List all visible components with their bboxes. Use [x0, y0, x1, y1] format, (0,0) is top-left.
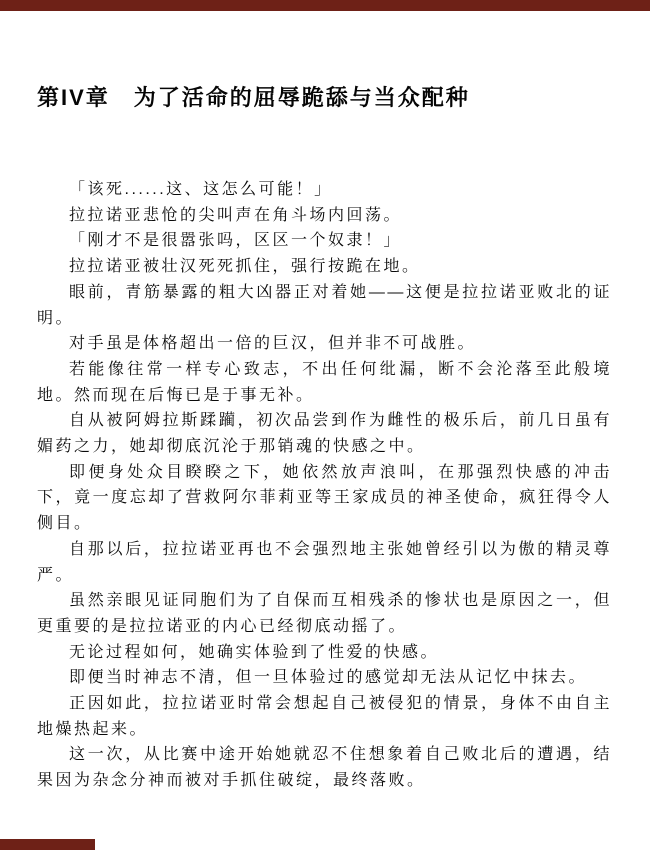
- reader-page: 第IV章 为了活命的屈辱跪舔与当众配种 「该死......这、这怎么可能！」拉拉…: [0, 0, 650, 850]
- paragraph: 对手虽是体格超出一倍的巨汉，但并非不可战胜。: [37, 331, 612, 357]
- paragraph: 「刚才不是很嚣张吗，区区一个奴隶！」: [37, 228, 612, 254]
- paragraph: 自从被阿姆拉斯蹂躏，初次品尝到作为雌性的极乐后，前几日虽有媚药之力，她却彻底沉沦…: [37, 408, 612, 459]
- paragraph: 眼前，青筋暴露的粗大凶器正对着她——这便是拉拉诺亚败北的证明。: [37, 280, 612, 331]
- paragraph: 拉拉诺亚悲怆的尖叫声在角斗场内回荡。: [37, 203, 612, 229]
- paragraph: 「该死......这、这怎么可能！」: [37, 177, 612, 203]
- paragraph: 即便当时神志不清，但一旦体验过的感觉却无法从记忆中抹去。: [37, 665, 612, 691]
- paragraph: 这一次，从比赛中途开始她就忍不住想象着自己败北后的遭遇，结果因为杂念分神而被对手…: [37, 742, 612, 793]
- bottom-accent-bar: [0, 839, 95, 850]
- top-accent-bar: [0, 0, 650, 11]
- paragraph: 自那以后，拉拉诺亚再也不会强烈地主张她曾经引以为傲的精灵尊严。: [37, 537, 612, 588]
- paragraph: 拉拉诺亚被壮汉死死抓住，强行按跪在地。: [37, 254, 612, 280]
- paragraph: 即便身处众目睽睽之下，她依然放声浪叫，在那强烈快感的冲击下，竟一度忘却了营救阿尔…: [37, 460, 612, 537]
- chapter-title: 第IV章 为了活命的屈辱跪舔与当众配种: [37, 84, 617, 112]
- paragraph: 若能像往常一样专心致志，不出任何纰漏，断不会沦落至此般境地。然而现在后悔已是于事…: [37, 357, 612, 408]
- paragraph: 无论过程如何，她确实体验到了性爱的快感。: [37, 640, 612, 666]
- paragraph: 虽然亲眼见证同胞们为了自保而互相残杀的惨状也是原因之一，但更重要的是拉拉诺亚的内…: [37, 588, 612, 639]
- paragraph: 正因如此，拉拉诺亚时常会想起自己被侵犯的情景，身体不由自主地燥热起来。: [37, 691, 612, 742]
- chapter-body: 「该死......这、这怎么可能！」拉拉诺亚悲怆的尖叫声在角斗场内回荡。「刚才不…: [37, 177, 612, 794]
